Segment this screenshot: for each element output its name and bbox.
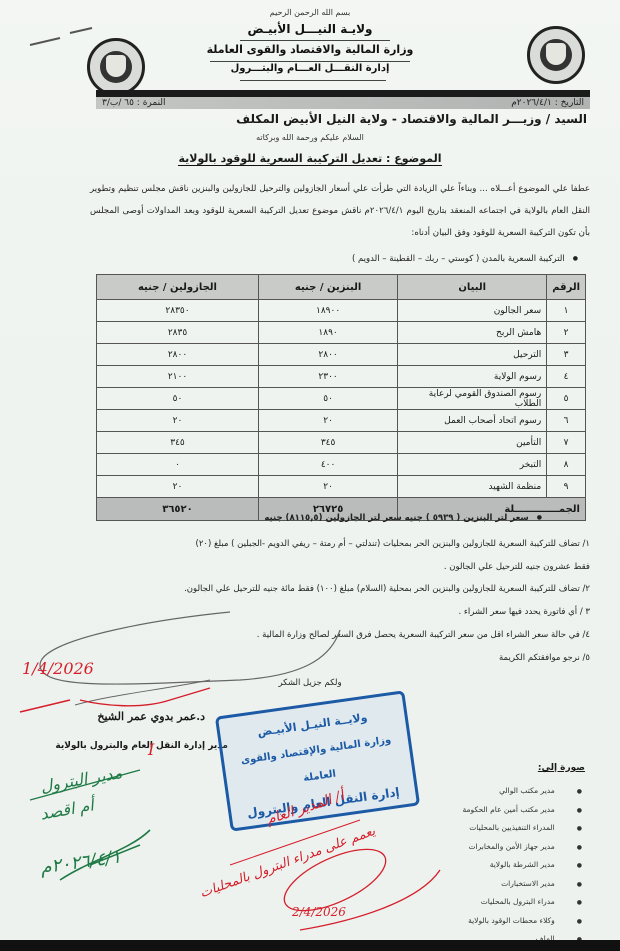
divider: [210, 61, 410, 62]
handwritten-red-date-left: 1/4/2026: [22, 662, 94, 676]
signer-name: د.عمر بدوي عمر الشيخ: [97, 710, 205, 723]
table-row: ٢هامش الربح١٨٩٠٢٨٣٥: [97, 322, 586, 344]
bullet-liter-price: سعر لتر البنزين ( ٥٩٣٩ ) جنيه سعر لتر ال…: [264, 513, 542, 523]
row-item: التبخر: [398, 454, 547, 476]
row-item: هامش الربح: [398, 322, 547, 344]
petrol-value: ٤٠٠: [258, 454, 397, 476]
petrol-value: ٣٤٥: [258, 432, 397, 454]
row-item: الترحيل: [398, 344, 547, 366]
note-3: ٣ / أي فاتورة يحدد فيها سعر الشراء .: [459, 607, 590, 617]
column-header-item: البيان: [398, 275, 547, 300]
state-emblem-icon: [527, 26, 585, 84]
reference-bar: التاريخ : ٢٠٢٦/٤/١م النمرة : ٦٥ /ب/٣: [96, 97, 590, 109]
divider: [240, 80, 386, 81]
diesel-value: ٢٠: [97, 410, 259, 432]
petrol-value: ٢٨٠٠: [258, 344, 397, 366]
list-item: مدير الاستخبارات: [463, 875, 583, 894]
subject-line: الموضوع : تعديل التركيبة السعرية للوقود …: [0, 152, 620, 165]
row-item: سعر الجالون: [398, 300, 547, 322]
diesel-value: ٢٨٣٥: [97, 322, 259, 344]
greeting: السلام عليكم ورحمة الله وبركاته: [0, 133, 620, 142]
diesel-total: ٣٦٥٢٠: [97, 498, 259, 521]
handwritten-red-mark: I: [148, 740, 154, 759]
note-5: ٥/ نرجو موافقتكم الكريمة: [499, 653, 590, 663]
diesel-value: ٣٤٥: [97, 432, 259, 454]
row-number: ٥: [547, 388, 586, 410]
column-header-number: الرقم: [547, 275, 586, 300]
number-label: النمرة :: [137, 98, 166, 108]
petrol-value: ١٨٩٠: [258, 322, 397, 344]
row-number: ٣: [547, 344, 586, 366]
diesel-value: ٥٠: [97, 388, 259, 410]
bullet-cities: التركيبة السعرية بالمدن ( كوستي – ربك – …: [352, 254, 578, 264]
row-item: رسوم اتحاد أصحاب العمل: [398, 410, 547, 432]
divider: [240, 40, 390, 41]
addressee: السيد / وزيـــر المالية والاقتصاد - ولاي…: [236, 112, 587, 126]
table-row: ٥رسوم الصندوق القومي لرعاية الطلاب٥٠٥٠: [97, 388, 586, 410]
note-1: ١/ تضاف للتركيبة السعرية للجازولين والبن…: [196, 539, 590, 549]
handwritten-red-date-bottom: 2/4/2026: [292, 905, 346, 919]
handwritten-green-note-2: أم اقصد: [39, 795, 95, 823]
basmala: بسم الله الرحمن الرحيم: [0, 8, 620, 17]
list-item: مدراء البترول بالمحليات: [463, 893, 583, 912]
column-header-diesel: الجازولين / جنيه: [97, 275, 259, 300]
date-label: التاريخ :: [555, 98, 584, 108]
row-number: ٦: [547, 410, 586, 432]
row-item: منظمة الشهيد: [398, 476, 547, 498]
signer-title: مدير إدارة النقل العام والبترول بالولاية: [55, 741, 228, 751]
diesel-value: ٢١٠٠: [97, 366, 259, 388]
ministry-seal-icon: [87, 38, 145, 96]
row-item: التأمين: [398, 432, 547, 454]
row-number: ٧: [547, 432, 586, 454]
handwritten-green-note-1: مدير البترول: [39, 763, 124, 796]
table-row: ٩منظمة الشهيد٢٠٢٠: [97, 476, 586, 498]
table-row: ٤رسوم الولاية٢٣٠٠٢١٠٠: [97, 366, 586, 388]
list-item: مدير الشرطة بالولاية: [463, 856, 583, 875]
petrol-value: ٢٣٠٠: [258, 366, 397, 388]
handwritten-green-date: ٢٠٢٦/٤/١م: [39, 846, 122, 878]
table-row: ٣الترحيل٢٨٠٠٢٨٠٠: [97, 344, 586, 366]
list-item: مدير جهاز الأمن والمخابرات: [463, 838, 583, 857]
note-1-continued: فقط عشرون جنيه للترحيل علي الجالون .: [444, 562, 590, 572]
diesel-value: ٠: [97, 454, 259, 476]
list-item: مدير مكتب الوالي: [463, 782, 583, 801]
row-number: ٨: [547, 454, 586, 476]
date-value: ٢٠٢٦/٤/١م: [511, 98, 552, 108]
row-number: ٤: [547, 366, 586, 388]
copies-title: صورة إلي:: [538, 763, 585, 773]
diesel-value: ٢٨٣٥٠: [97, 300, 259, 322]
diesel-value: ٢٠: [97, 476, 259, 498]
petrol-value: ١٨٩٠٠: [258, 300, 397, 322]
letterhead-state: ولايـة النيـــل الأبيـض: [0, 22, 620, 36]
row-item: رسوم الصندوق القومي لرعاية الطلاب: [398, 388, 547, 410]
copies-list: مدير مكتب الوالي مدير مكتب أمين عام الحك…: [463, 782, 583, 949]
table-row: ٨التبخر٤٠٠٠: [97, 454, 586, 476]
note-2: ٢/ تضاف للتركيبة السعرية للجازولين والبن…: [184, 584, 590, 594]
list-item: مدير مكتب أمين عام الحكومة: [463, 801, 583, 820]
note-4: ٤/ في حالة سعر الشراء اقل من سعر التركيب…: [257, 630, 590, 640]
body-paragraph: عطفا علي الموضوع أعـــلاه ... وبناءاً عل…: [90, 178, 590, 244]
handwritten-red-note-2: يعمم على مدراء البترول بالمحليات: [198, 824, 377, 902]
row-number: ١: [547, 300, 586, 322]
table-header-row: الرقم البيان البنزين / جنيه الجازولين / …: [97, 275, 586, 300]
number-value: ٦٥ /ب/٣: [102, 98, 134, 108]
table-row: ٦رسوم اتحاد أصحاب العمل٢٠٢٠: [97, 410, 586, 432]
fuel-price-table: الرقم البيان البنزين / جنيه الجازولين / …: [96, 274, 586, 521]
petrol-value: ٢٠: [258, 410, 397, 432]
row-number: ٩: [547, 476, 586, 498]
row-item: رسوم الولاية: [398, 366, 547, 388]
petrol-value: ٢٠: [258, 476, 397, 498]
table-row: ٧التأمين٣٤٥٣٤٥: [97, 432, 586, 454]
list-item: وكلاء محطات الوقود بالولاية: [463, 912, 583, 931]
column-header-petrol: البنزين / جنيه: [258, 275, 397, 300]
closing: ولكم جزيل الشكر: [0, 678, 620, 688]
list-item: المدراء التنفيذيين بالمحليات: [463, 819, 583, 838]
date-field: التاريخ : ٢٠٢٦/٤/١م: [511, 98, 584, 108]
reference-number-field: النمرة : ٦٥ /ب/٣: [102, 98, 166, 108]
petrol-value: ٥٠: [258, 388, 397, 410]
table-row: ١سعر الجالون١٨٩٠٠٢٨٣٥٠: [97, 300, 586, 322]
row-number: ٢: [547, 322, 586, 344]
diesel-value: ٢٨٠٠: [97, 344, 259, 366]
photo-bottom-edge: [0, 940, 620, 951]
header-bar: [96, 90, 590, 97]
subject-text: الموضوع : تعديل التركيبة السعرية للوقود …: [178, 152, 441, 166]
official-letter-page: بسم الله الرحمن الرحيم ولايـة النيـــل ا…: [0, 0, 620, 951]
